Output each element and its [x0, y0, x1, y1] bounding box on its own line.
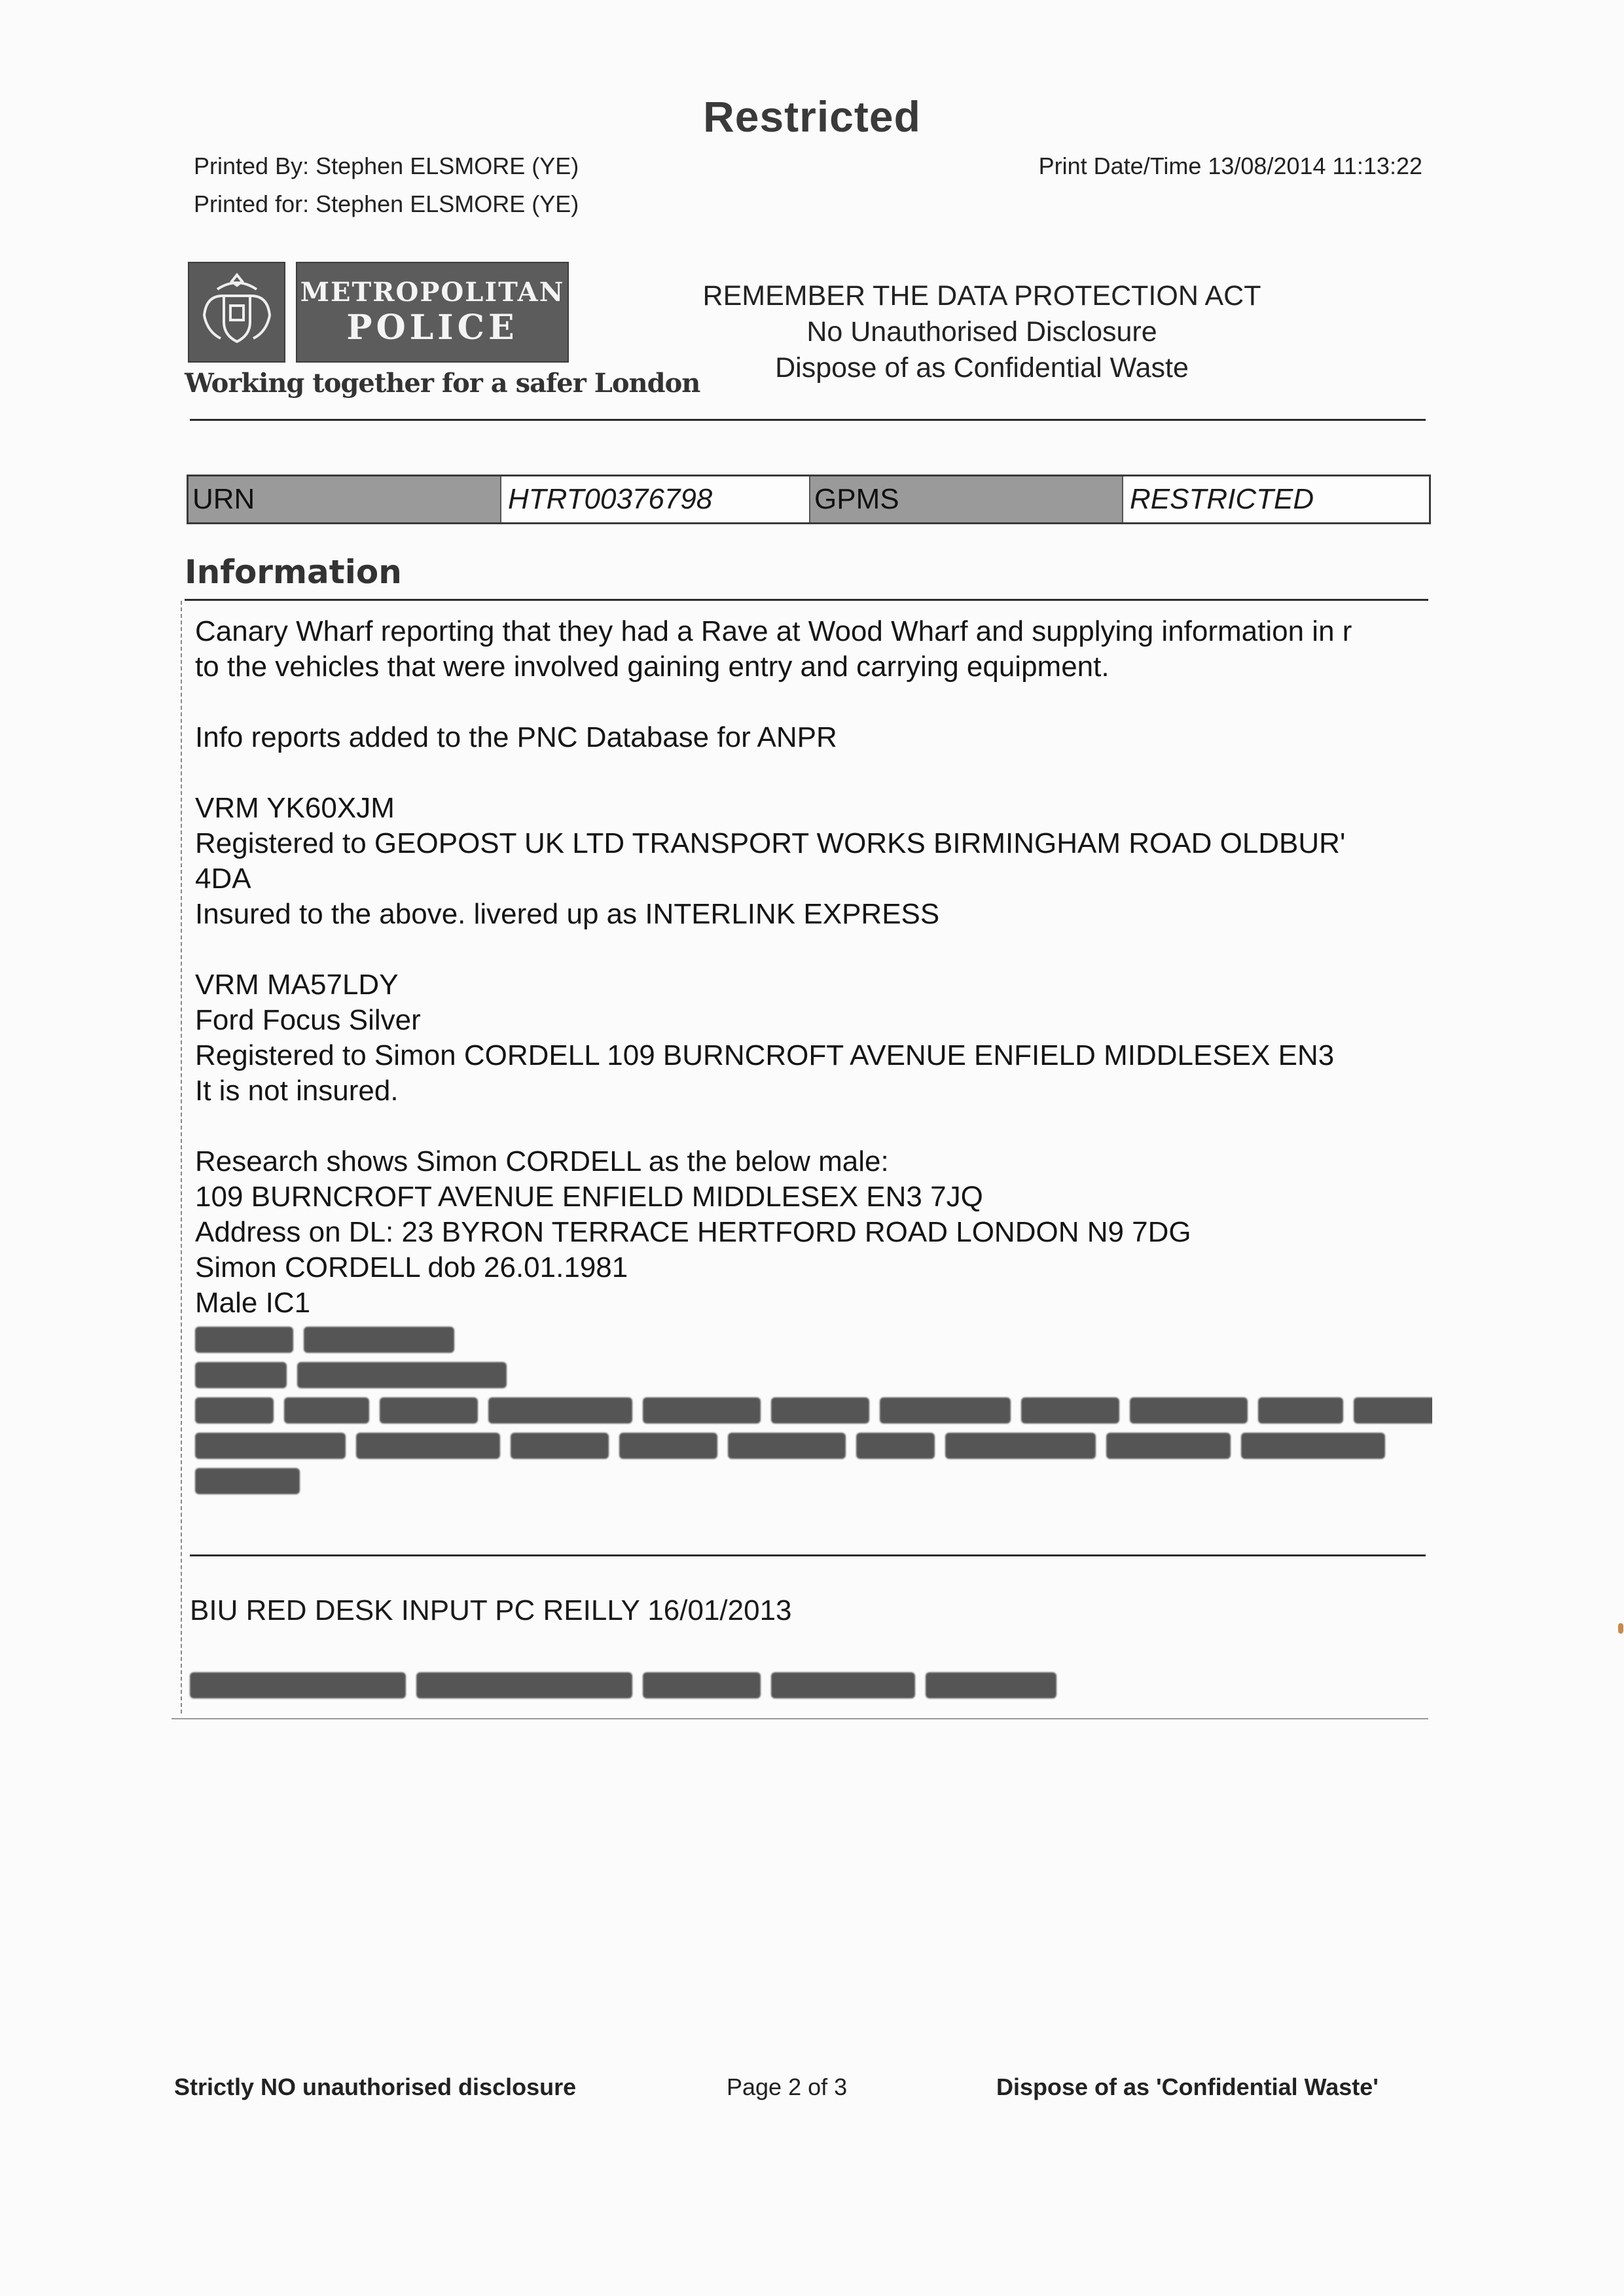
redacted-line	[195, 1427, 1432, 1462]
info-line: Simon CORDELL dob 26.01.1981	[195, 1250, 1432, 1285]
redaction-block	[643, 1672, 761, 1698]
redaction-block	[488, 1397, 632, 1424]
reference-bar: URN HTRT00376798 GPMS RESTRICTED	[187, 475, 1431, 524]
redaction-block	[1106, 1433, 1231, 1459]
redaction-block	[195, 1362, 287, 1388]
redaction-block	[284, 1397, 369, 1424]
print-info: Printed By: Stephen ELSMORE (YE) Printed…	[194, 147, 579, 223]
redaction-block	[771, 1397, 869, 1424]
redaction-block	[195, 1397, 274, 1424]
info-line: 4DA	[195, 861, 1432, 897]
redaction-block	[771, 1672, 915, 1698]
information-heading: Information	[185, 553, 402, 591]
redaction-block	[1354, 1397, 1432, 1424]
info-line: 109 BURNCROFT AVENUE ENFIELD MIDDLESEX E…	[195, 1179, 1432, 1215]
logo-tagline: Working together for a safer London	[185, 368, 700, 399]
notice-line-3: Dispose of as Confidential Waste	[655, 350, 1309, 386]
input-record-redacted	[190, 1672, 1067, 1698]
input-record-line: BIU RED DESK INPUT PC REILLY 16/01/2013	[190, 1594, 792, 1627]
redaction-block	[380, 1397, 478, 1424]
redaction-block	[880, 1397, 1011, 1424]
redaction-block	[1130, 1397, 1248, 1424]
page-number: Page 2 of 3	[727, 2073, 847, 2101]
footer-disclosure: Strictly NO unauthorised disclosure	[174, 2073, 576, 2101]
redaction-block	[195, 1433, 346, 1459]
info-line: Address on DL: 23 BYRON TERRACE HERTFORD…	[195, 1215, 1432, 1250]
info-paragraph: VRM YK60XJMRegistered to GEOPOST UK LTD …	[195, 791, 1432, 932]
redaction-block	[195, 1327, 293, 1353]
urn-value: HTRT00376798	[500, 476, 809, 522]
info-line: to the vehicles that were involved gaini…	[195, 649, 1432, 685]
redaction-block	[416, 1672, 632, 1698]
print-datetime: Print Date/Time 13/08/2014 11:13:22	[1039, 147, 1422, 185]
info-paragraph: Info reports added to the PNC Database f…	[195, 720, 1432, 755]
redaction-block	[728, 1433, 846, 1459]
redaction-block	[304, 1327, 454, 1353]
logo-org-line2: POLICE	[297, 308, 568, 348]
info-line: Insured to the above. livered up as INTE…	[195, 897, 1432, 932]
redaction-block	[619, 1433, 717, 1459]
information-body: Canary Wharf reporting that they had a R…	[181, 601, 1432, 1713]
redacted-line	[195, 1391, 1432, 1427]
info-line: VRM MA57LDY	[195, 967, 1432, 1003]
classification-title: Restricted	[0, 92, 1624, 141]
coat-of-arms-icon	[188, 262, 285, 363]
redaction-block	[1258, 1397, 1343, 1424]
redaction-block	[856, 1433, 935, 1459]
met-police-logo: METROPOLITAN POLICE	[296, 262, 569, 363]
info-paragraph: Canary Wharf reporting that they had a R…	[195, 614, 1432, 685]
redaction-block	[926, 1672, 1056, 1698]
redaction-block	[1021, 1397, 1119, 1424]
redaction-block	[643, 1397, 761, 1424]
redaction-block	[356, 1433, 500, 1459]
info-line: VRM YK60XJM	[195, 791, 1432, 826]
notice-line-1: REMEMBER THE DATA PROTECTION ACT	[655, 278, 1309, 314]
redaction-block	[511, 1433, 609, 1459]
redaction-block	[190, 1672, 406, 1698]
info-line: Info reports added to the PNC Database f…	[195, 720, 1432, 755]
record-divider	[190, 1554, 1426, 1556]
data-protection-notice: REMEMBER THE DATA PROTECTION ACT No Unau…	[655, 278, 1309, 386]
info-paragraph: Research shows Simon CORDELL as the belo…	[195, 1144, 1432, 1498]
printed-for: Printed for: Stephen ELSMORE (YE)	[194, 185, 579, 223]
header-divider	[190, 419, 1426, 421]
info-line: Registered to Simon CORDELL 109 BURNCROF…	[195, 1038, 1432, 1073]
info-line: It is not insured.	[195, 1073, 1432, 1109]
footer-disposal: Dispose of as 'Confidential Waste'	[996, 2073, 1379, 2101]
info-line: Canary Wharf reporting that they had a R…	[195, 614, 1432, 649]
redaction-block	[195, 1468, 300, 1494]
redaction-block	[945, 1433, 1096, 1459]
info-line: Research shows Simon CORDELL as the belo…	[195, 1144, 1432, 1179]
redacted-line	[195, 1462, 1432, 1498]
info-paragraph: VRM MA57LDYFord Focus SilverRegistered t…	[195, 967, 1432, 1109]
redaction-block	[1241, 1433, 1385, 1459]
information-text: Canary Wharf reporting that they had a R…	[195, 614, 1432, 1498]
info-line: Ford Focus Silver	[195, 1003, 1432, 1038]
crest-graphic	[198, 270, 276, 355]
redacted-line	[195, 1321, 1432, 1356]
redaction-block	[297, 1362, 507, 1388]
info-line: Registered to GEOPOST UK LTD TRANSPORT W…	[195, 826, 1432, 861]
redacted-line	[195, 1356, 1432, 1391]
logo-org-line1: METROPOLITAN	[297, 277, 568, 308]
gpms-value: RESTRICTED	[1122, 476, 1429, 522]
printed-by: Printed By: Stephen ELSMORE (YE)	[194, 147, 579, 185]
info-line: Male IC1	[195, 1285, 1432, 1321]
urn-label: URN	[189, 476, 500, 522]
scan-mark	[1618, 1623, 1623, 1634]
gpms-label: GPMS	[809, 476, 1122, 522]
section-end-divider	[171, 1718, 1428, 1719]
notice-line-2: No Unauthorised Disclosure	[655, 314, 1309, 350]
